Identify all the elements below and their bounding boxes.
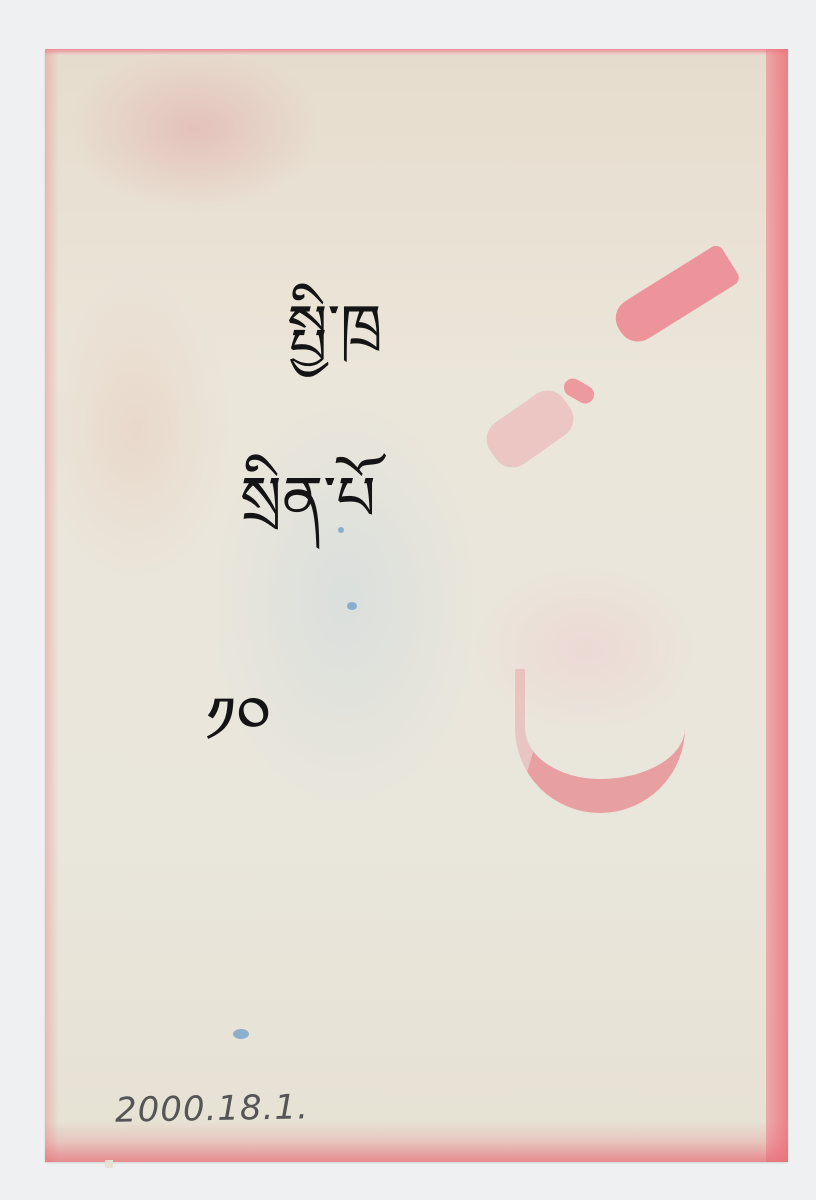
paper-tear: [105, 1160, 113, 1168]
tibetan-numeral: ༡༠: [205, 649, 271, 829]
tibetan-card: སྤྱི་ཁྲ སྲིན་པོ ༡༠ 2000.18.1.: [45, 49, 788, 1162]
tibetan-inscription-line-1: སྤྱི་ཁྲ: [287, 259, 382, 428]
accession-number: 2000.18.1.: [115, 1087, 310, 1130]
tibetan-inscription-line-2: སྲིན་པོ: [240, 429, 376, 604]
bleed-through-faded-stroke: [479, 383, 581, 476]
red-border-top: [45, 49, 788, 55]
red-border-left: [45, 49, 59, 1162]
bleed-through-red-arc: [515, 669, 685, 813]
red-border-right: [766, 49, 788, 1162]
bleed-through-red-stroke: [608, 243, 742, 349]
blue-pigment-mark: [233, 1029, 249, 1039]
